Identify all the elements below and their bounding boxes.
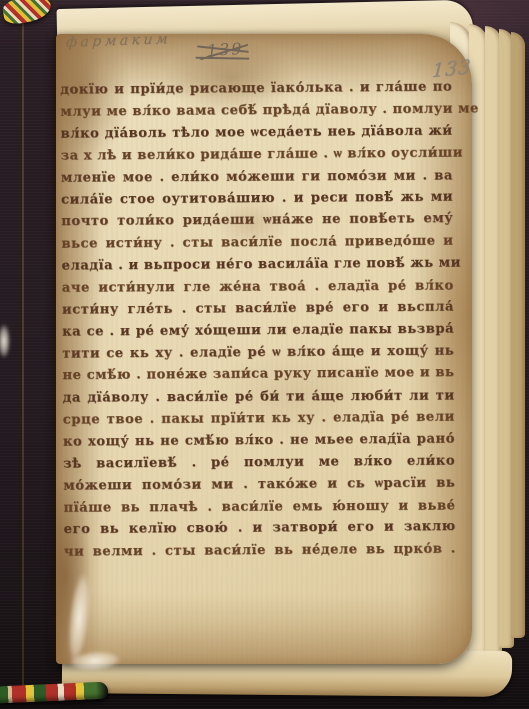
headband-bottom — [0, 682, 108, 704]
manuscript-line: не смѣ́ю . поне́же запи́са руку писанїе … — [62, 362, 454, 387]
manuscript-line: вьсе исти́ну . сты васи́лїе посла́ приве… — [61, 230, 453, 255]
manuscript-line: млуи ме вл́ко вама себѣ́ прѣда́ дїаволу … — [60, 98, 452, 123]
manuscript-line: срце твое . пакы прїи́ти кь ху . еладїа … — [63, 406, 455, 431]
page-edge — [511, 32, 525, 638]
page-crease — [22, 22, 24, 698]
manuscript-photo: докїю и прїи́де рисающе їако́лька . и гл… — [0, 0, 529, 709]
manuscript-line: за х лѣ и вели́ко рида́ше гла́ше . ѡ вл́… — [61, 142, 453, 167]
folio-page-number: 133 — [431, 56, 472, 82]
manuscript-page: докїю и прїи́де рисающе їако́лька . и гл… — [56, 34, 472, 664]
manuscript-line: зѣ василїевѣ́ . ре́ помлуи ме вл́ко ели́… — [63, 450, 455, 475]
facing-page-gutter — [0, 22, 64, 698]
manuscript-line: еладїа . и вьпроси не́го васила́їа гле п… — [61, 252, 453, 277]
manuscript-line: почто толи́ко рида́еши ѡна́же не повѣ́ет… — [61, 208, 453, 233]
manuscript-line: вл́ко дїа́воль тѣло мое ѡседа́еть неь дї… — [60, 120, 452, 145]
manuscript-line: мо́жеши помо́зи ми . тако́же и сь ѡрасїи… — [63, 472, 455, 497]
manuscript-line: ко хощу́ нь не смѣ́ю вл́ко . не мьее ела… — [63, 428, 455, 453]
manuscript-line: чи велми . сты васи́лїе вь не́деле вь цр… — [64, 538, 456, 563]
manuscript-text: докїю и прїи́де рисающе їако́лька . и гл… — [60, 76, 456, 563]
manuscript-line: исти́ну гле́ть . сты васи́лїе вре́ его и… — [62, 296, 454, 321]
manuscript-line: его вь келїю свою́ . и затвори́ его и за… — [64, 516, 456, 541]
manuscript-line: ка се . и ре́ ему́ хо́щеши ли еладїе пак… — [62, 318, 454, 343]
crossed-out-number: 139 — [202, 37, 248, 62]
manuscript-line: докїю и прїи́де рисающе їако́лька . и гл… — [60, 76, 452, 101]
